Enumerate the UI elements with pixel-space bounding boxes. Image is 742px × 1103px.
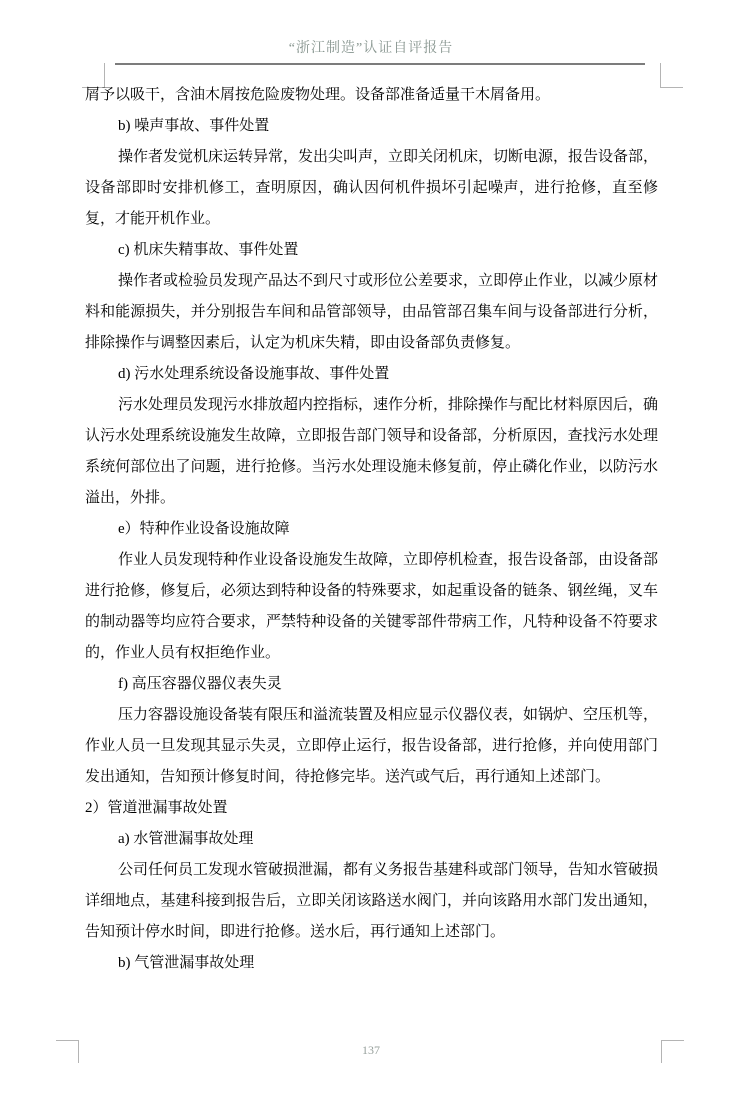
document-body: 屑予以吸干，含油木屑按危险废物处理。设备部准备适量干木屑备用。 b) 噪声事故、… bbox=[85, 80, 658, 979]
heading-pressure-vessel-gauge-failure: f) 高压容器仪器仪表失灵 bbox=[85, 669, 658, 700]
header-rule bbox=[115, 63, 645, 65]
paragraph-continuation: 屑予以吸干，含油木屑按危险废物处理。设备部准备适量干木屑备用。 bbox=[85, 80, 658, 111]
paragraph-water-pipe-leak: 公司任何员工发现水管破损泄漏，都有义务报告基建科或部门领导，告知水管破损详细地点… bbox=[85, 855, 658, 948]
paragraph-special-equipment-fault: 作业人员发现特种作业设备设施发生故障，立即停机检查，报告设备部，由设备部进行抢修… bbox=[85, 545, 658, 669]
page-header-title: “浙江制造”认证自评报告 bbox=[0, 37, 742, 57]
page-number: 137 bbox=[0, 1043, 742, 1058]
heading-gas-pipe-leak: b) 气管泄漏事故处理 bbox=[85, 948, 658, 979]
paragraph-noise-incident: 操作者发觉机床运转异常，发出尖叫声，立即关闭机床，切断电源，报告设备部，设备部即… bbox=[85, 142, 658, 235]
paragraph-sewage-system-incident: 污水处理员发现污水排放超内控指标，速作分析，排除操作与配比材料原因后，确认污水处… bbox=[85, 390, 658, 514]
heading-pipeline-leak-handling: 2）管道泄漏事故处置 bbox=[85, 793, 658, 824]
heading-noise-incident: b) 噪声事故、事件处置 bbox=[85, 111, 658, 142]
heading-sewage-system-incident: d) 污水处理系统设备设施事故、事件处置 bbox=[85, 359, 658, 390]
text-boundary-mark-top-right bbox=[660, 63, 683, 88]
heading-machine-accuracy-incident: c) 机床失精事故、事件处置 bbox=[85, 235, 658, 266]
paragraph-pressure-vessel-gauge-failure: 压力容器设施设备装有限压和溢流装置及相应显示仪器仪表，如锅炉、空压机等，作业人员… bbox=[85, 700, 658, 793]
heading-special-equipment-fault: e）特种作业设备设施故障 bbox=[85, 514, 658, 545]
heading-water-pipe-leak: a) 水管泄漏事故处理 bbox=[85, 824, 658, 855]
paragraph-machine-accuracy-incident: 操作者或检验员发现产品达不到尺寸或形位公差要求，立即停止作业，以减少原材料和能源… bbox=[85, 266, 658, 359]
